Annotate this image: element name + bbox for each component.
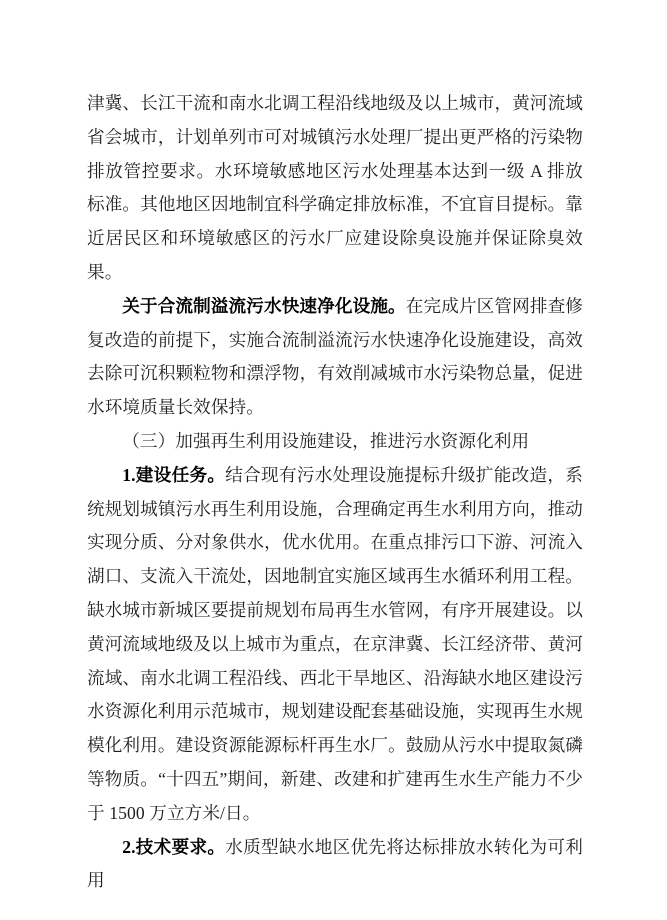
paragraph-body-text: 结合现有污水处理设施提标升级扩能改造，系统规划城镇污水再生利用设施，合理确定再生… <box>87 465 583 823</box>
paragraph-lead-bold-text: 1.建设任务。 <box>122 465 225 485</box>
paragraph-body-text: 津冀、长江干流和南水北调工程沿线地级及以上城市，黄河流域省会城市，计划单列市可对… <box>87 93 583 282</box>
paragraph-technical-requirements: 2.技术要求。水质型缺水地区优先将达标排放水转化为可利用 <box>87 831 583 899</box>
paragraph-continuation-discharge-standards: 津冀、长江干流和南水北调工程沿线地级及以上城市，黄河流域省会城市，计划单列市可对… <box>87 87 583 290</box>
paragraph-combined-sewer-overflow: 关于合流制溢流污水快速净化设施。在完成片区管网排查修复改造的前提下，实施合流制溢… <box>87 290 583 425</box>
paragraph-construction-tasks: 1.建设任务。结合现有污水处理设施提标升级扩能改造，系统规划城镇污水再生利用设施… <box>87 459 583 831</box>
paragraph-lead-bold-text: 关于合流制溢流污水快速净化设施。 <box>122 296 406 316</box>
paragraph-lead-bold-text: 2.技术要求。 <box>122 837 225 857</box>
paragraph-body-text: （三）加强再生利用设施建设，推进污水资源化利用 <box>122 431 529 451</box>
document-page: 津冀、长江干流和南水北调工程沿线地级及以上城市，黄河流域省会城市，计划单列市可对… <box>87 87 583 898</box>
document-body: 津冀、长江干流和南水北调工程沿线地级及以上城市，黄河流域省会城市，计划单列市可对… <box>87 87 583 898</box>
heading-section-three: （三）加强再生利用设施建设，推进污水资源化利用 <box>87 425 583 459</box>
